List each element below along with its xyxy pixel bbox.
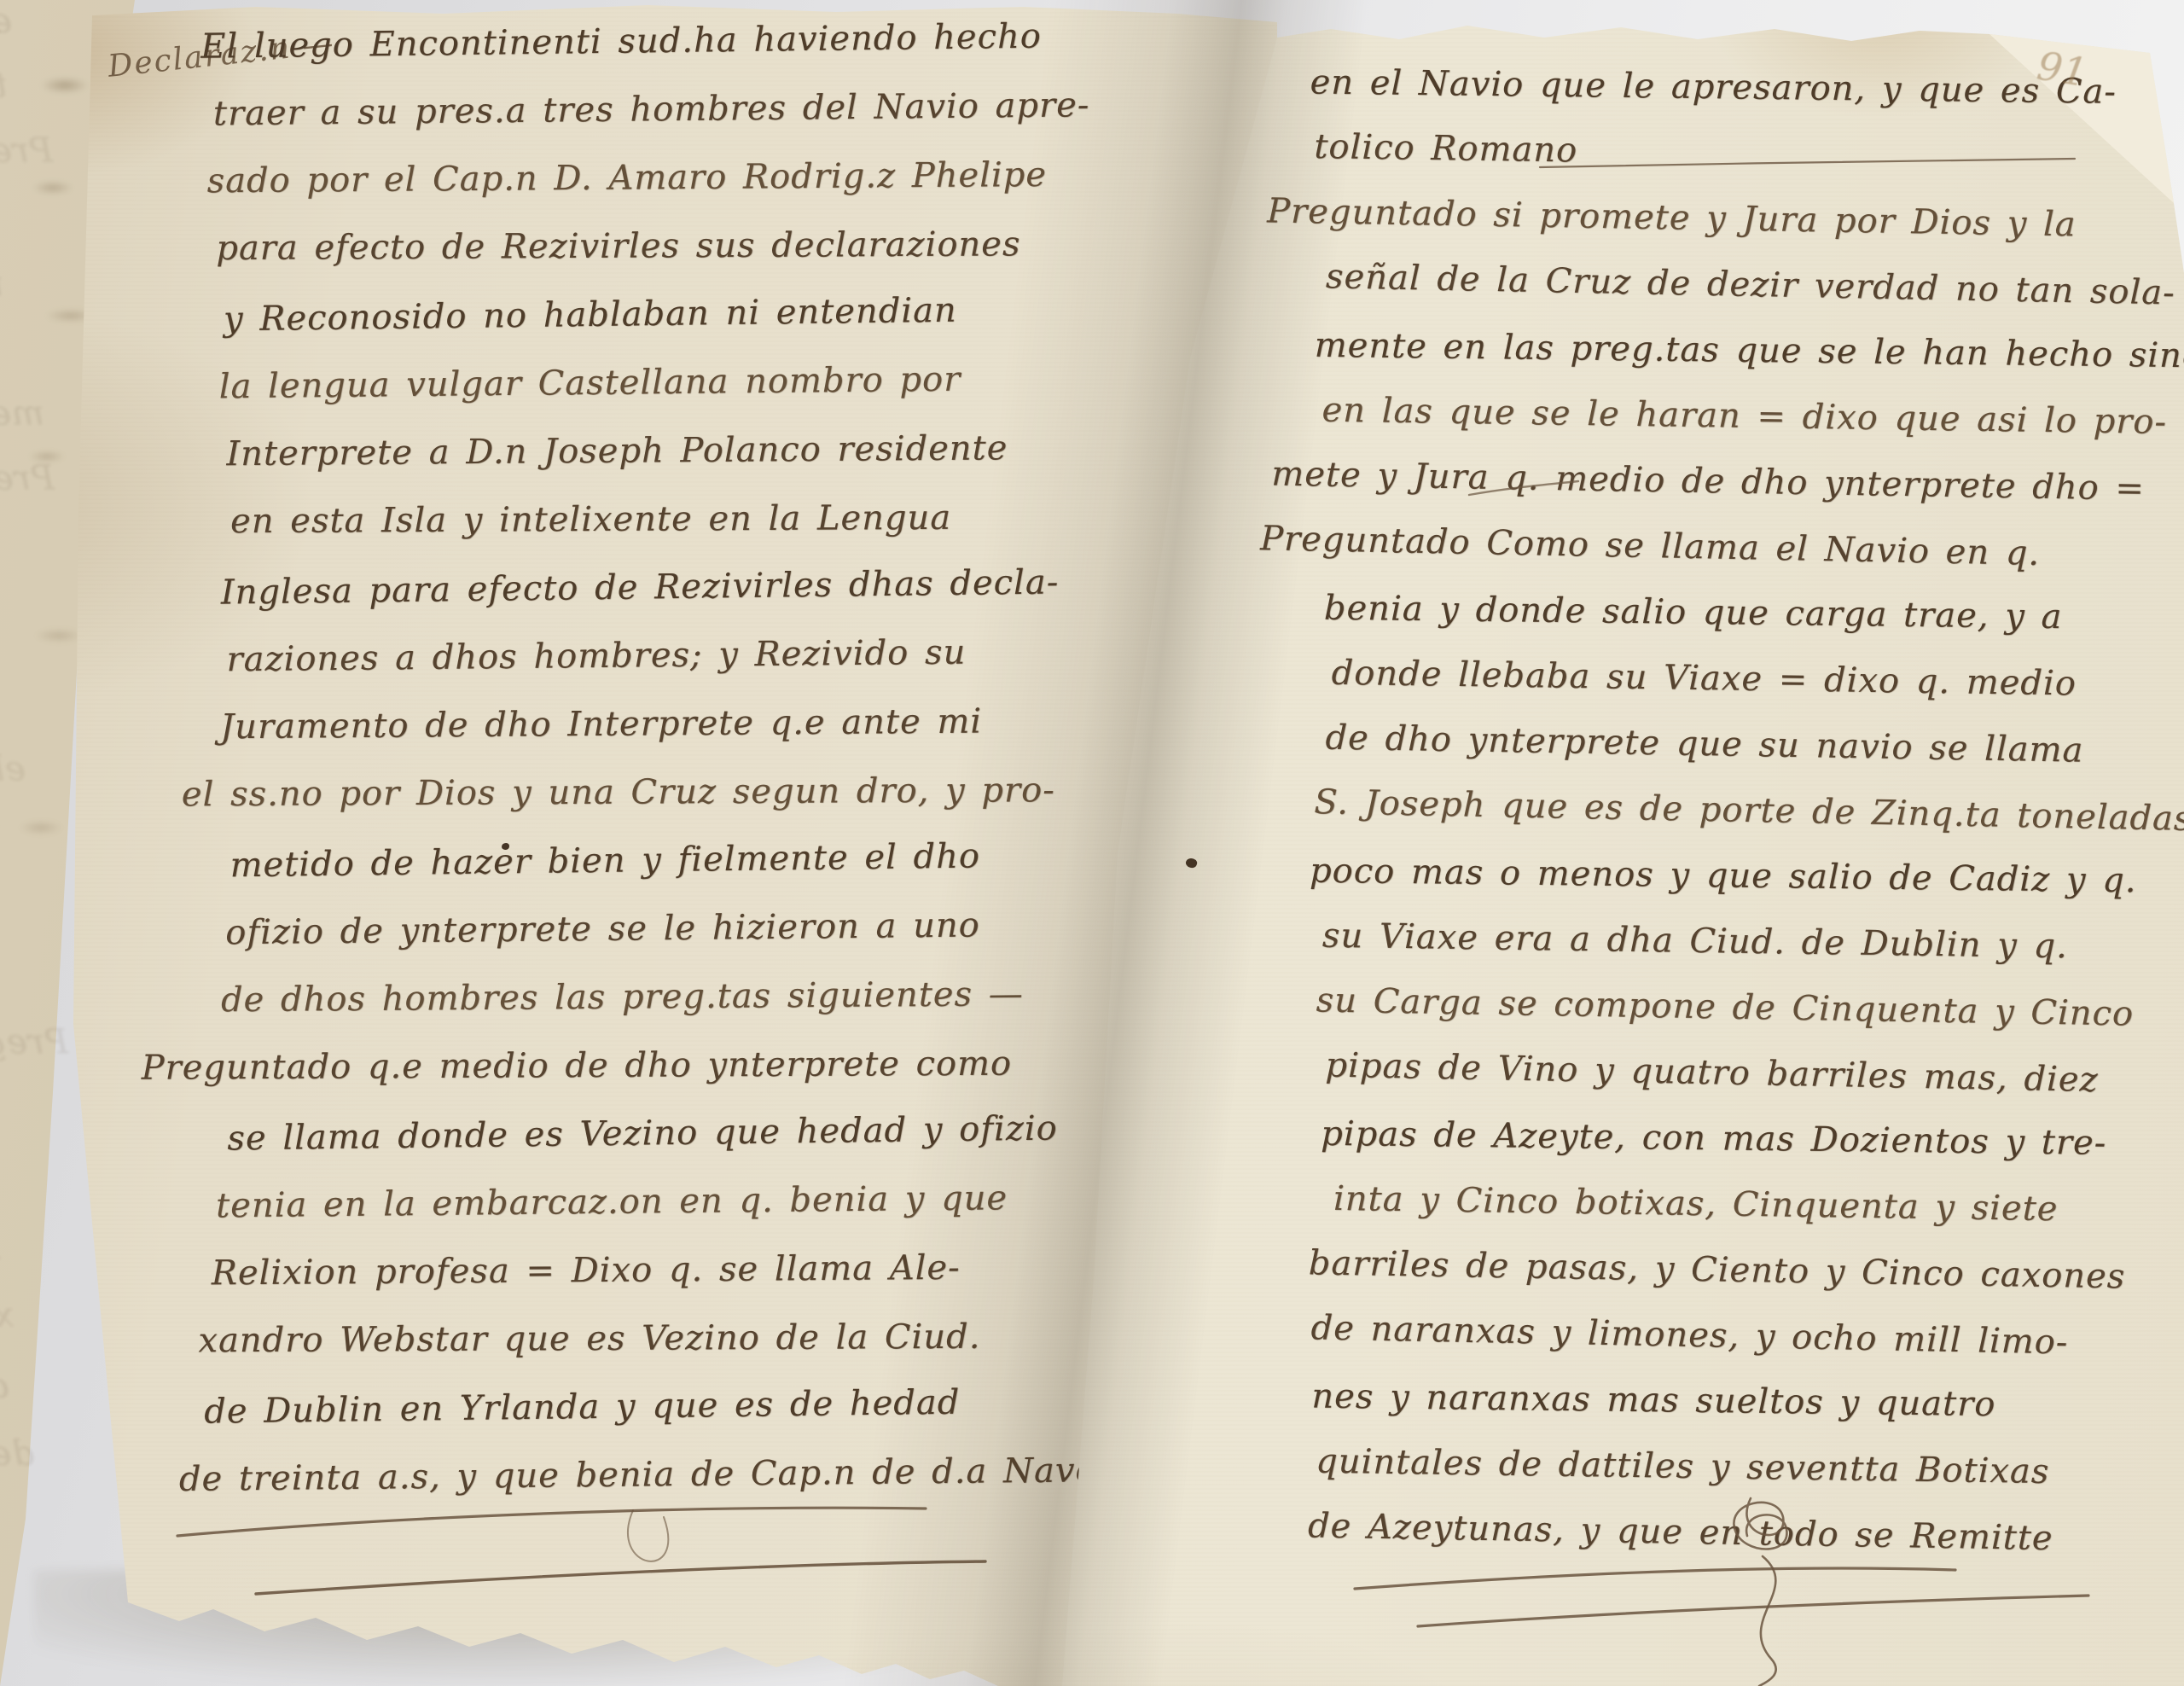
manuscript-line: de dho ynterprete que su navio se llama — [1325, 718, 2084, 770]
manuscript-line: de naranxas y limones, y ocho mill limo- — [1310, 1308, 2069, 1362]
manuscript-line: en el Navio que le apresaron, y que es C… — [0, 0, 12, 41]
manuscript-line: mente en las preg.tas que se le han hech… — [1314, 326, 2184, 376]
manuscript-line: mete y Jura q. medio de dho ynterprete d… — [0, 393, 44, 433]
folio-number: 91 — [2034, 43, 2090, 96]
manuscript-line: benia y donde salio que carga trae, y a — [1324, 589, 2063, 637]
manuscript-line: Preguntado Como se llama el Navio en q. — [0, 458, 55, 500]
manuscript-photo: Declaraz.n — El luego Encontinenti sud.h… — [0, 0, 2184, 1686]
manuscript-line: Preguntado si promete y Jura por Dios y … — [0, 131, 53, 171]
manuscript-line: inta y Cinco botixas, Cinquenta y siete — [1333, 1179, 2059, 1229]
manuscript-line: poco mas o menos y que salio de Cadiz y … — [1310, 852, 2137, 901]
manuscript-line: S. Joseph que es de porte de Zinq.ta ton… — [1314, 782, 2184, 839]
manuscript-line: mete y Jura q. medio de dho ynterprete d… — [1271, 455, 2145, 509]
manuscript-line: Preguntado si promete y Jura por Dios y … — [1267, 191, 2077, 244]
manuscript-line: mente en las preg.tas que se le han hech… — [0, 261, 3, 304]
manuscript-line: señal de la Cruz de dezir verdad no tan … — [1326, 257, 2176, 312]
manuscript-line: de Azeytunas, y que en todo se Remitte — [1308, 1506, 2053, 1558]
manuscript-line: barriles de pasas, y Ciento y Cinco caxo… — [1308, 1243, 2125, 1296]
manuscript-line: quintales de dattiles y seventta Botixas — [1316, 1442, 2050, 1491]
manuscript-line: nes y naranxas mas sueltos y quatro — [1311, 1376, 1995, 1424]
manuscript-line: su Carga se compone de Cinquenta y Cinco — [1316, 980, 2134, 1033]
manuscript-line: tolico Romano — [0, 66, 7, 105]
manuscript-line: Preguntado Como se llama el Navio en q. — [1260, 519, 2041, 573]
manuscript-line: su Viaxe era a dha Ciud. de Dublin y q. — [1322, 916, 2069, 967]
manuscript-line: donde llebaba su Viaxe = dixo q. medio — [1331, 654, 2077, 704]
manuscript-line: pipas de Vino y quatro barriles mas, die… — [1325, 1046, 2099, 1101]
right-text-block: en el Navio que le apresaron, y que es C… — [1298, 61, 2116, 1609]
manuscript-line: tolico Romano — [1314, 127, 1577, 170]
ink-speck — [502, 843, 509, 850]
manuscript-line: pipas de Azeyte, con mas Dozientos y tre… — [1321, 1114, 2107, 1163]
right-page: 91 en el Navio que le apresaron, y que e… — [0, 0, 2184, 1686]
manuscript-line: en las que se le haran = dixo que asi lo… — [1321, 391, 2167, 442]
